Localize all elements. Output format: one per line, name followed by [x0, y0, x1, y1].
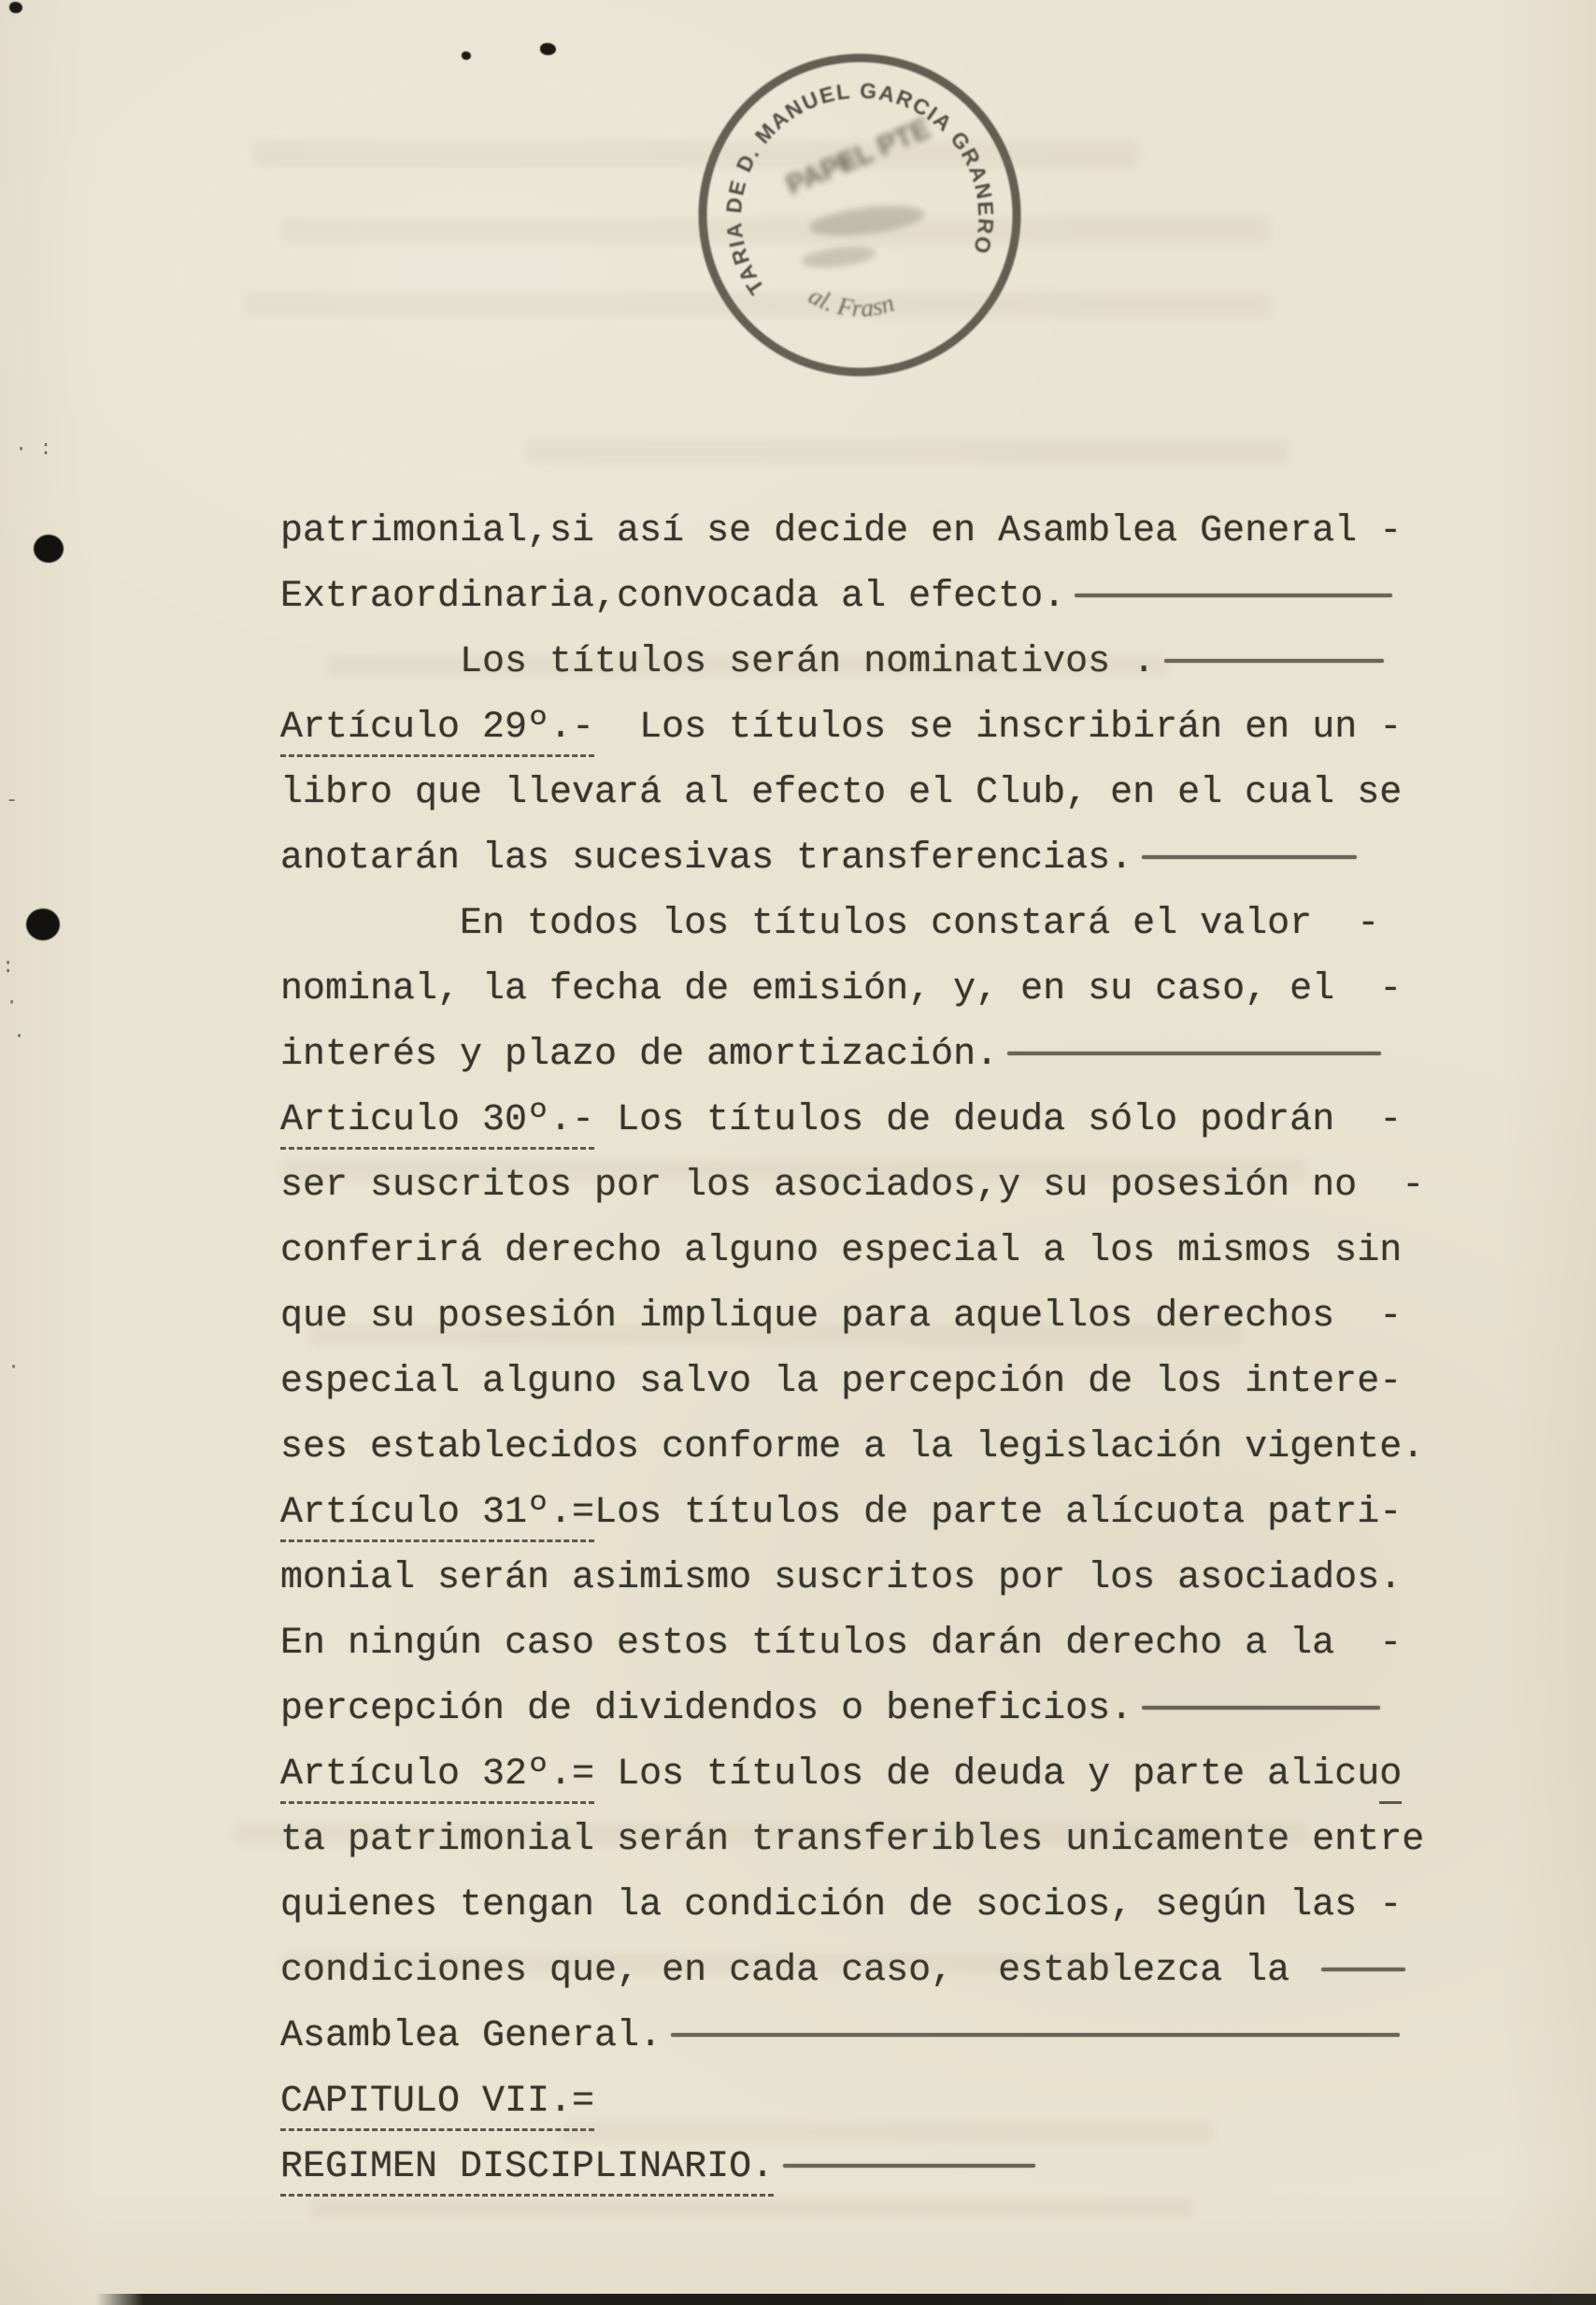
hole-punch-mark — [34, 535, 64, 563]
margin-pencil-mark: · — [7, 1357, 20, 1378]
typewritten-line: monial serán asimismo suscritos por los … — [280, 1546, 1495, 1611]
line-text: condiciones que, en cada caso, establezc… — [280, 1950, 1312, 1992]
typewritten-line: ta patrimonial serán transferibles unica… — [280, 1808, 1495, 1873]
line-text: interés y plazo de amortización. — [280, 1034, 998, 1076]
typewritten-line: ses establecidos conforme a la legislaci… — [280, 1415, 1495, 1481]
indent-spaces — [280, 903, 460, 945]
typewritten-line: En todos los títulos constará el valor - — [280, 892, 1495, 957]
typewritten-line: especial alguno salvo la percepción de l… — [280, 1350, 1495, 1415]
typed-dash-rule — [671, 2033, 1400, 2037]
continuation-underline: o — [1379, 1754, 1402, 1804]
typewritten-line: CAPITULO VII.= — [280, 2069, 1495, 2135]
typed-dash-rule — [1007, 1052, 1381, 1055]
article-heading: CAPITULO VII.= — [280, 2081, 594, 2131]
typewritten-line: Asamblea General. — [280, 2004, 1495, 2069]
typewritten-line: libro que llevará al efecto el Club, en … — [280, 761, 1495, 826]
svg-text:al. Frasn: al. Frasn — [802, 272, 898, 329]
typewritten-line: conferirá derecho alguno especial a los … — [280, 1219, 1495, 1284]
scanned-page: TARIA DE D. MANUEL GARCIA GRANERO F.Z.-U… — [0, 0, 1596, 2305]
typewritten-line: quienes tengan la condición de socios, s… — [280, 1873, 1495, 1939]
stamp-center-fragment: PAPEL PTE — [782, 113, 935, 201]
line-text: Los títulos de deuda sólo podrán - — [594, 1099, 1402, 1141]
line-text: Asamblea General. — [280, 2015, 662, 2057]
typewritten-line: ser suscritos por los asociados,y su pos… — [280, 1153, 1495, 1219]
typed-dash-rule — [1164, 659, 1384, 663]
typewritten-line: Artículo 32º.= Los títulos de deuda y pa… — [280, 1742, 1495, 1808]
typed-dash-rule — [1321, 1968, 1405, 1971]
typewritten-line: anotarán las sucesivas transferencias. — [280, 826, 1495, 892]
line-text: monial serán asimismo suscritos por los … — [280, 1557, 1402, 1599]
line-text: Extraordinaria,convocada al efecto. — [280, 576, 1065, 618]
margin-pencil-mark: · : — [15, 439, 52, 460]
typewritten-line: nominal, la fecha de emisión, y, en su c… — [280, 957, 1495, 1023]
ink-speck — [462, 51, 471, 60]
ink-speck — [540, 43, 556, 55]
ink-speck — [9, 2, 22, 13]
line-text: Los títulos de parte alícuota patri- — [594, 1492, 1402, 1534]
article-heading: REGIMEN DISCIPLINARIO. — [280, 2146, 774, 2197]
line-text: Los títulos se inscribirán en un - — [594, 707, 1402, 749]
typewritten-line: Los títulos serán nominativos . — [280, 630, 1495, 695]
line-text: especial alguno salvo la percepción de l… — [280, 1361, 1402, 1403]
typewritten-text-block: patrimonial,si así se decide en Asamblea… — [280, 499, 1495, 2200]
line-text: nominal, la fecha de emisión, y, en su c… — [280, 968, 1402, 1010]
margin-pencil-mark: · — [13, 1026, 25, 1047]
line-text: En ningún caso estos títulos darán derec… — [280, 1623, 1402, 1665]
typed-dash-rule — [783, 2164, 1035, 2168]
line-text: En todos los títulos constará el valor - — [460, 903, 1379, 945]
typewritten-line: Artículo 31º.=Los títulos de parte alícu… — [280, 1481, 1495, 1546]
typewritten-line: interés y plazo de amortización. — [280, 1023, 1495, 1088]
typewritten-line: Extraordinaria,convocada al efecto. — [280, 565, 1495, 630]
typewritten-line: percepción de dividendos o beneficios. — [280, 1677, 1495, 1742]
stamp-bottom-text: al. Frasn — [802, 272, 898, 329]
article-heading: Artículo 31º.= — [280, 1492, 594, 1542]
line-text: que su posesión implique para aquellos d… — [280, 1296, 1402, 1338]
line-text: Los títulos serán nominativos . — [460, 641, 1155, 683]
typewritten-line: En ningún caso estos títulos darán derec… — [280, 1611, 1495, 1677]
typewritten-line: patrimonial,si así se decide en Asamblea… — [280, 499, 1495, 565]
hole-punch-mark — [26, 909, 60, 940]
line-text: ses establecidos conforme a la legislaci… — [280, 1426, 1424, 1468]
article-heading: Artículo 32º.= — [280, 1754, 594, 1804]
margin-pencil-mark: : — [2, 957, 14, 978]
typewritten-line: condiciones que, en cada caso, establezc… — [280, 1939, 1495, 2004]
line-text: quienes tengan la condición de socios, s… — [280, 1884, 1402, 1926]
typed-dash-rule — [1142, 855, 1357, 859]
typewritten-line: Artículo 29º.- Los títulos se inscribirá… — [280, 695, 1495, 761]
line-text: conferirá derecho alguno especial a los … — [280, 1230, 1402, 1272]
line-text: percepción de dividendos o beneficios. — [280, 1688, 1133, 1730]
line-text: ta patrimonial serán transferibles unica… — [280, 1819, 1424, 1861]
typed-dash-rule — [1142, 1706, 1380, 1710]
typewritten-line: REGIMEN DISCIPLINARIO. — [280, 2135, 1495, 2200]
margin-pencil-mark: · — [6, 993, 18, 1013]
line-text: anotarán las sucesivas transferencias. — [280, 838, 1133, 880]
margin-pencil-mark: - — [6, 791, 18, 811]
line-text: ser suscritos por los asociados,y su pos… — [280, 1165, 1424, 1207]
line-text: libro que llevará al efecto el Club, en … — [280, 772, 1402, 814]
indent-spaces — [280, 641, 460, 683]
article-heading: Artículo 29º.- — [280, 707, 594, 757]
scan-bottom-edge — [0, 2294, 1596, 2305]
typewritten-line: que su posesión implique para aquellos d… — [280, 1284, 1495, 1350]
line-text: Los títulos de deuda y parte alicu — [594, 1754, 1379, 1796]
article-heading: Articulo 30º.- — [280, 1099, 594, 1150]
notary-stamp: TARIA DE D. MANUEL GARCIA GRANERO F.Z.-U… — [653, 8, 1065, 421]
line-text: patrimonial,si así se decide en Asamblea… — [280, 510, 1402, 552]
typed-dash-rule — [1075, 594, 1392, 597]
typewritten-line: Articulo 30º.- Los títulos de deuda sólo… — [280, 1088, 1495, 1153]
